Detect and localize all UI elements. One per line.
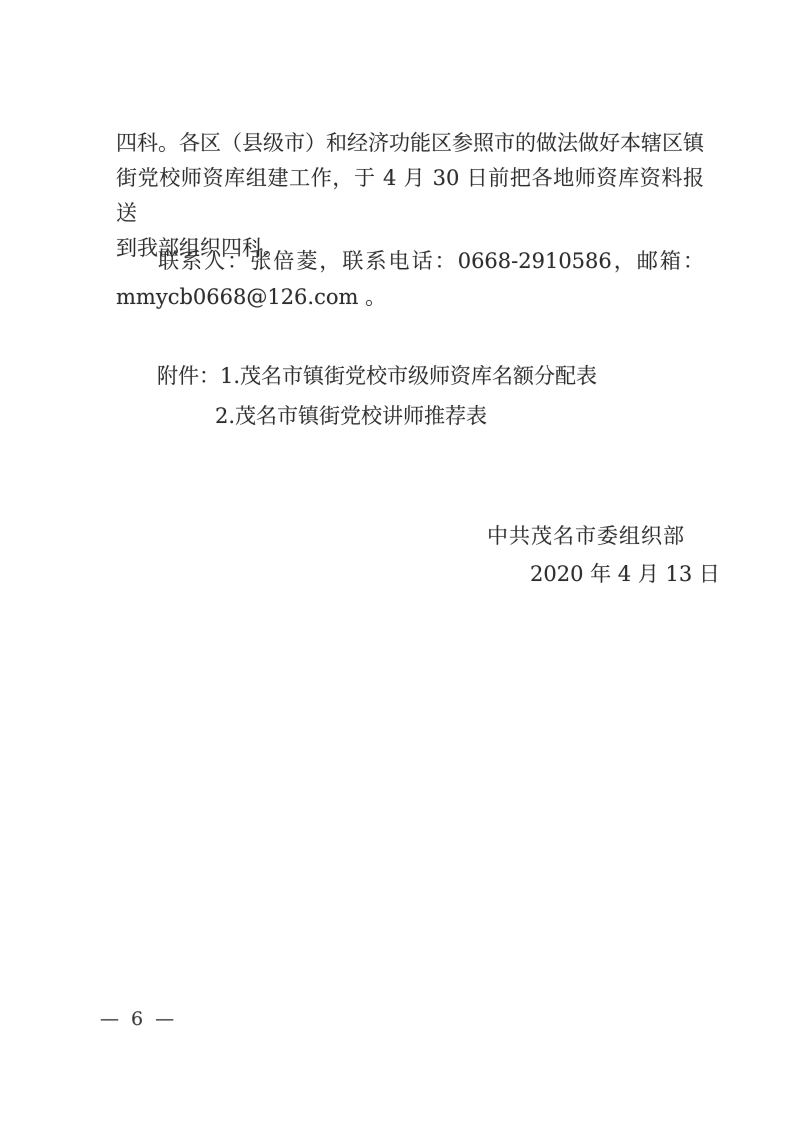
signature-organization: 中共茂名市委组织部 [487, 520, 685, 550]
signature-date: 2020 年 4 月 13 日 [530, 558, 720, 588]
attachment-line-2: 2.茂名市镇街党校讲师推荐表 [157, 396, 677, 436]
attachment-line-1: 附件：1.茂名市镇街党校市级师资库名额分配表 [157, 356, 677, 396]
contact-email-line: mmycb0668@126.com 。 [116, 279, 704, 315]
contact-line: 联系人：张倍菱，联系电话：0668-2910586，邮箱： [116, 243, 704, 279]
body-line: 四科。各区（县级市）和经济功能区参照市的做法做好本辖区镇 [116, 126, 704, 161]
attachment-item-2: 2.茂名市镇街党校讲师推荐表 [215, 404, 487, 428]
attachments-label: 附件： [157, 364, 220, 388]
body-line: 街党校师资库组建工作，于 4 月 30 日前把各地师资库资料报送 [116, 161, 704, 231]
page-number: — 6 — [100, 1008, 177, 1030]
attachment-item-1: 1.茂名市镇街党校市级师资库名额分配表 [220, 364, 597, 388]
contact-paragraph: 联系人：张倍菱，联系电话：0668-2910586，邮箱： mmycb0668@… [116, 243, 704, 315]
document-page: 四科。各区（县级市）和经济功能区参照市的做法做好本辖区镇 街党校师资库组建工作，… [0, 0, 794, 1122]
attachments-block: 附件：1.茂名市镇街党校市级师资库名额分配表 2.茂名市镇街党校讲师推荐表 [157, 356, 677, 436]
